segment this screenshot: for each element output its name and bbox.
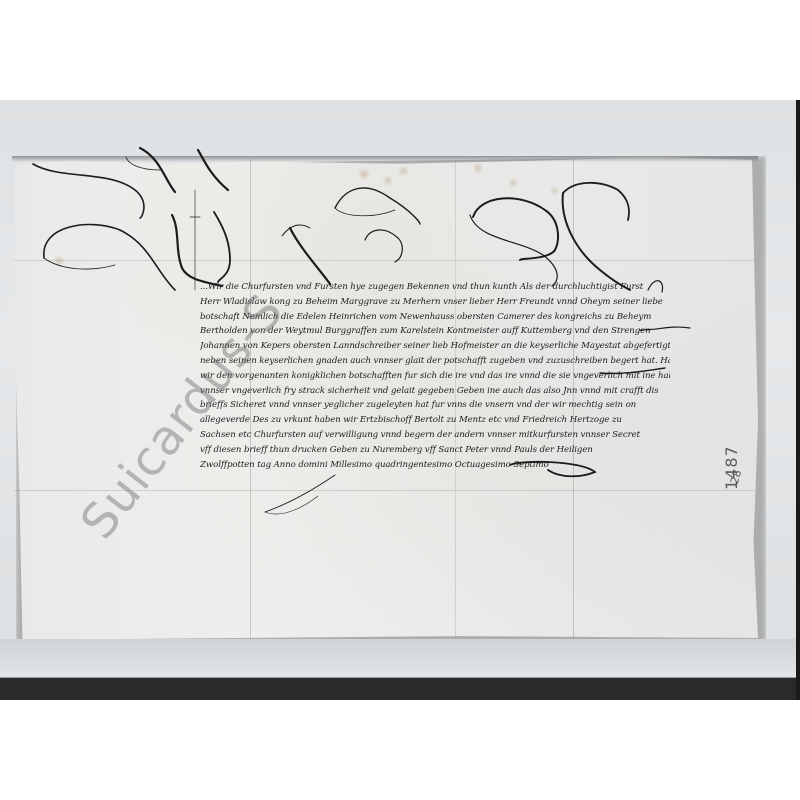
photo-right-border (796, 100, 800, 700)
text-line-6: neben seinen keyserlichen gnaden auch vn… (200, 354, 670, 369)
stain-spot (475, 164, 481, 172)
paper-top-edge (12, 156, 758, 162)
text-line-13: Zwolffpotten tag Anno domini Millesimo q… (200, 458, 670, 473)
text-line-7: wir den vorgenanten konigklichen botscha… (200, 369, 670, 384)
stain-spot (400, 168, 407, 174)
text-line-12: vff diesen brieff thun drucken Geben zu … (200, 443, 670, 458)
document-photo: ...Wir die Churfursten vnd Fursten hye z… (0, 100, 800, 700)
stain-spot (510, 180, 516, 186)
text-line-10: allegeverde Des zu vrkunt haben wir Ertz… (200, 413, 670, 428)
stain-spot (55, 258, 63, 264)
stain-spot (360, 170, 368, 178)
text-line-1: ...Wir die Churfursten vnd Fursten hye z… (200, 280, 670, 295)
text-line-8: vnnser vngeverlich fry strack sicherheit… (200, 384, 670, 399)
text-line-11: Sachsen etc Churfursten auf verwilligung… (200, 428, 670, 443)
mount-board-edge (0, 639, 800, 678)
dark-surface-edge (0, 678, 800, 700)
stain-spot (552, 188, 557, 194)
archive-year-annotation: 1487 (722, 445, 741, 490)
stain-spot (385, 177, 391, 184)
text-line-9: brieffs Sicheret vnnd vnnser yeglicher z… (200, 398, 670, 413)
fold-line-horizontal-1 (14, 260, 754, 261)
archive-year: 1487 (722, 445, 741, 490)
